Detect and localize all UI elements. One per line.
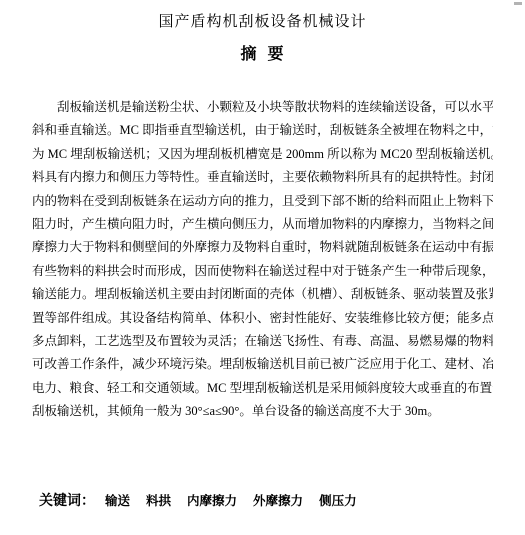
keyword-item: 侧压力 <box>319 494 357 508</box>
document-page: 国产盾构机刮板设备机械设计 摘 要 刮板输送机是输送粉尘状、小颗粒及小块等散状物… <box>0 0 525 535</box>
abstract-line: 电力、粮食、轻工和交通领域。MC 型埋刮板输送机是采用倾斜度较大或垂直的布置一中 <box>32 377 493 400</box>
scroll-thumb-fragment <box>514 2 522 5</box>
abstract-line: 置等部件组成。其设备结构简单、体积小、密封性能好、安装维修比较方便；能多点加料、 <box>32 307 493 330</box>
document-title: 国产盾构机刮板设备机械设计 <box>0 10 525 31</box>
keyword-item: 料拱 <box>146 494 171 508</box>
abstract-line: 可改善工作条件，减少环境污染。埋刮板输送机目前已被广泛应用于化工、建材、冶金、 <box>32 353 493 376</box>
abstract-heading: 摘 要 <box>0 41 525 64</box>
keywords-row: 关键词：输送料拱内摩擦力外摩擦力侧压力 <box>39 490 499 510</box>
abstract-line: 有些物料的料拱会时而形成，因而使物料在输送过程中对于链条产生一种带后现象，影响 <box>32 260 493 283</box>
keyword-item: 内摩擦力 <box>187 494 237 508</box>
keywords-label: 关键词： <box>39 494 95 509</box>
abstract-line: 料具有内擦力和侧压力等特性。垂直输送时，主要依赖物料所具有的起拱特性。封闭机槽 <box>32 166 493 189</box>
abstract-line: 斜和垂直输送。MC 即指垂直型输送机，由于输送时，刮板链条全被埋在物料之中，故称 <box>32 119 493 142</box>
abstract-line: 刮板输送机是输送粉尘状、小颗粒及小块等散状物料的连续输送设备，可以水平、倾 <box>32 96 493 119</box>
abstract-line: 阻力时，产生横向阻力时，产生横向侧压力，从而增加物料的内摩擦力，当物料之间的内 <box>32 213 493 236</box>
keyword-item: 输送 <box>105 494 130 508</box>
abstract-line: 刮板输送机，其倾角一般为 30°≤a≤90°。单台设备的输送高度不大于 30m。 <box>32 400 493 423</box>
abstract-line: 多点卸料，工艺选型及布置较为灵活；在输送飞扬性、有毒、高温、易燃易爆的物料时， <box>32 330 493 353</box>
keyword-item: 外摩擦力 <box>253 494 303 508</box>
abstract-paragraph: 刮板输送机是输送粉尘状、小颗粒及小块等散状物料的连续输送设备，可以水平、倾斜和垂… <box>32 96 493 423</box>
abstract-line: 摩擦力大于物料和侧壁间的外摩擦力及物料自重时，物料就随刮板链条在运动中有振动， <box>32 236 493 259</box>
abstract-line: 内的物料在受到刮板链条在运动方向的推力，且受到下部不断的给料而阻止上物料下滑的 <box>32 190 493 213</box>
abstract-line: 输送能力。埋刮板输送机主要由封闭断面的壳体（机槽）、刮板链条、驱动装置及张紧装 <box>32 283 493 306</box>
keywords-list: 输送料拱内摩擦力外摩擦力侧压力 <box>105 494 373 508</box>
abstract-line: 为 MC 埋刮板输送机；又因为埋刮板机槽宽是 200mm 所以称为 MC20 型… <box>32 143 493 166</box>
